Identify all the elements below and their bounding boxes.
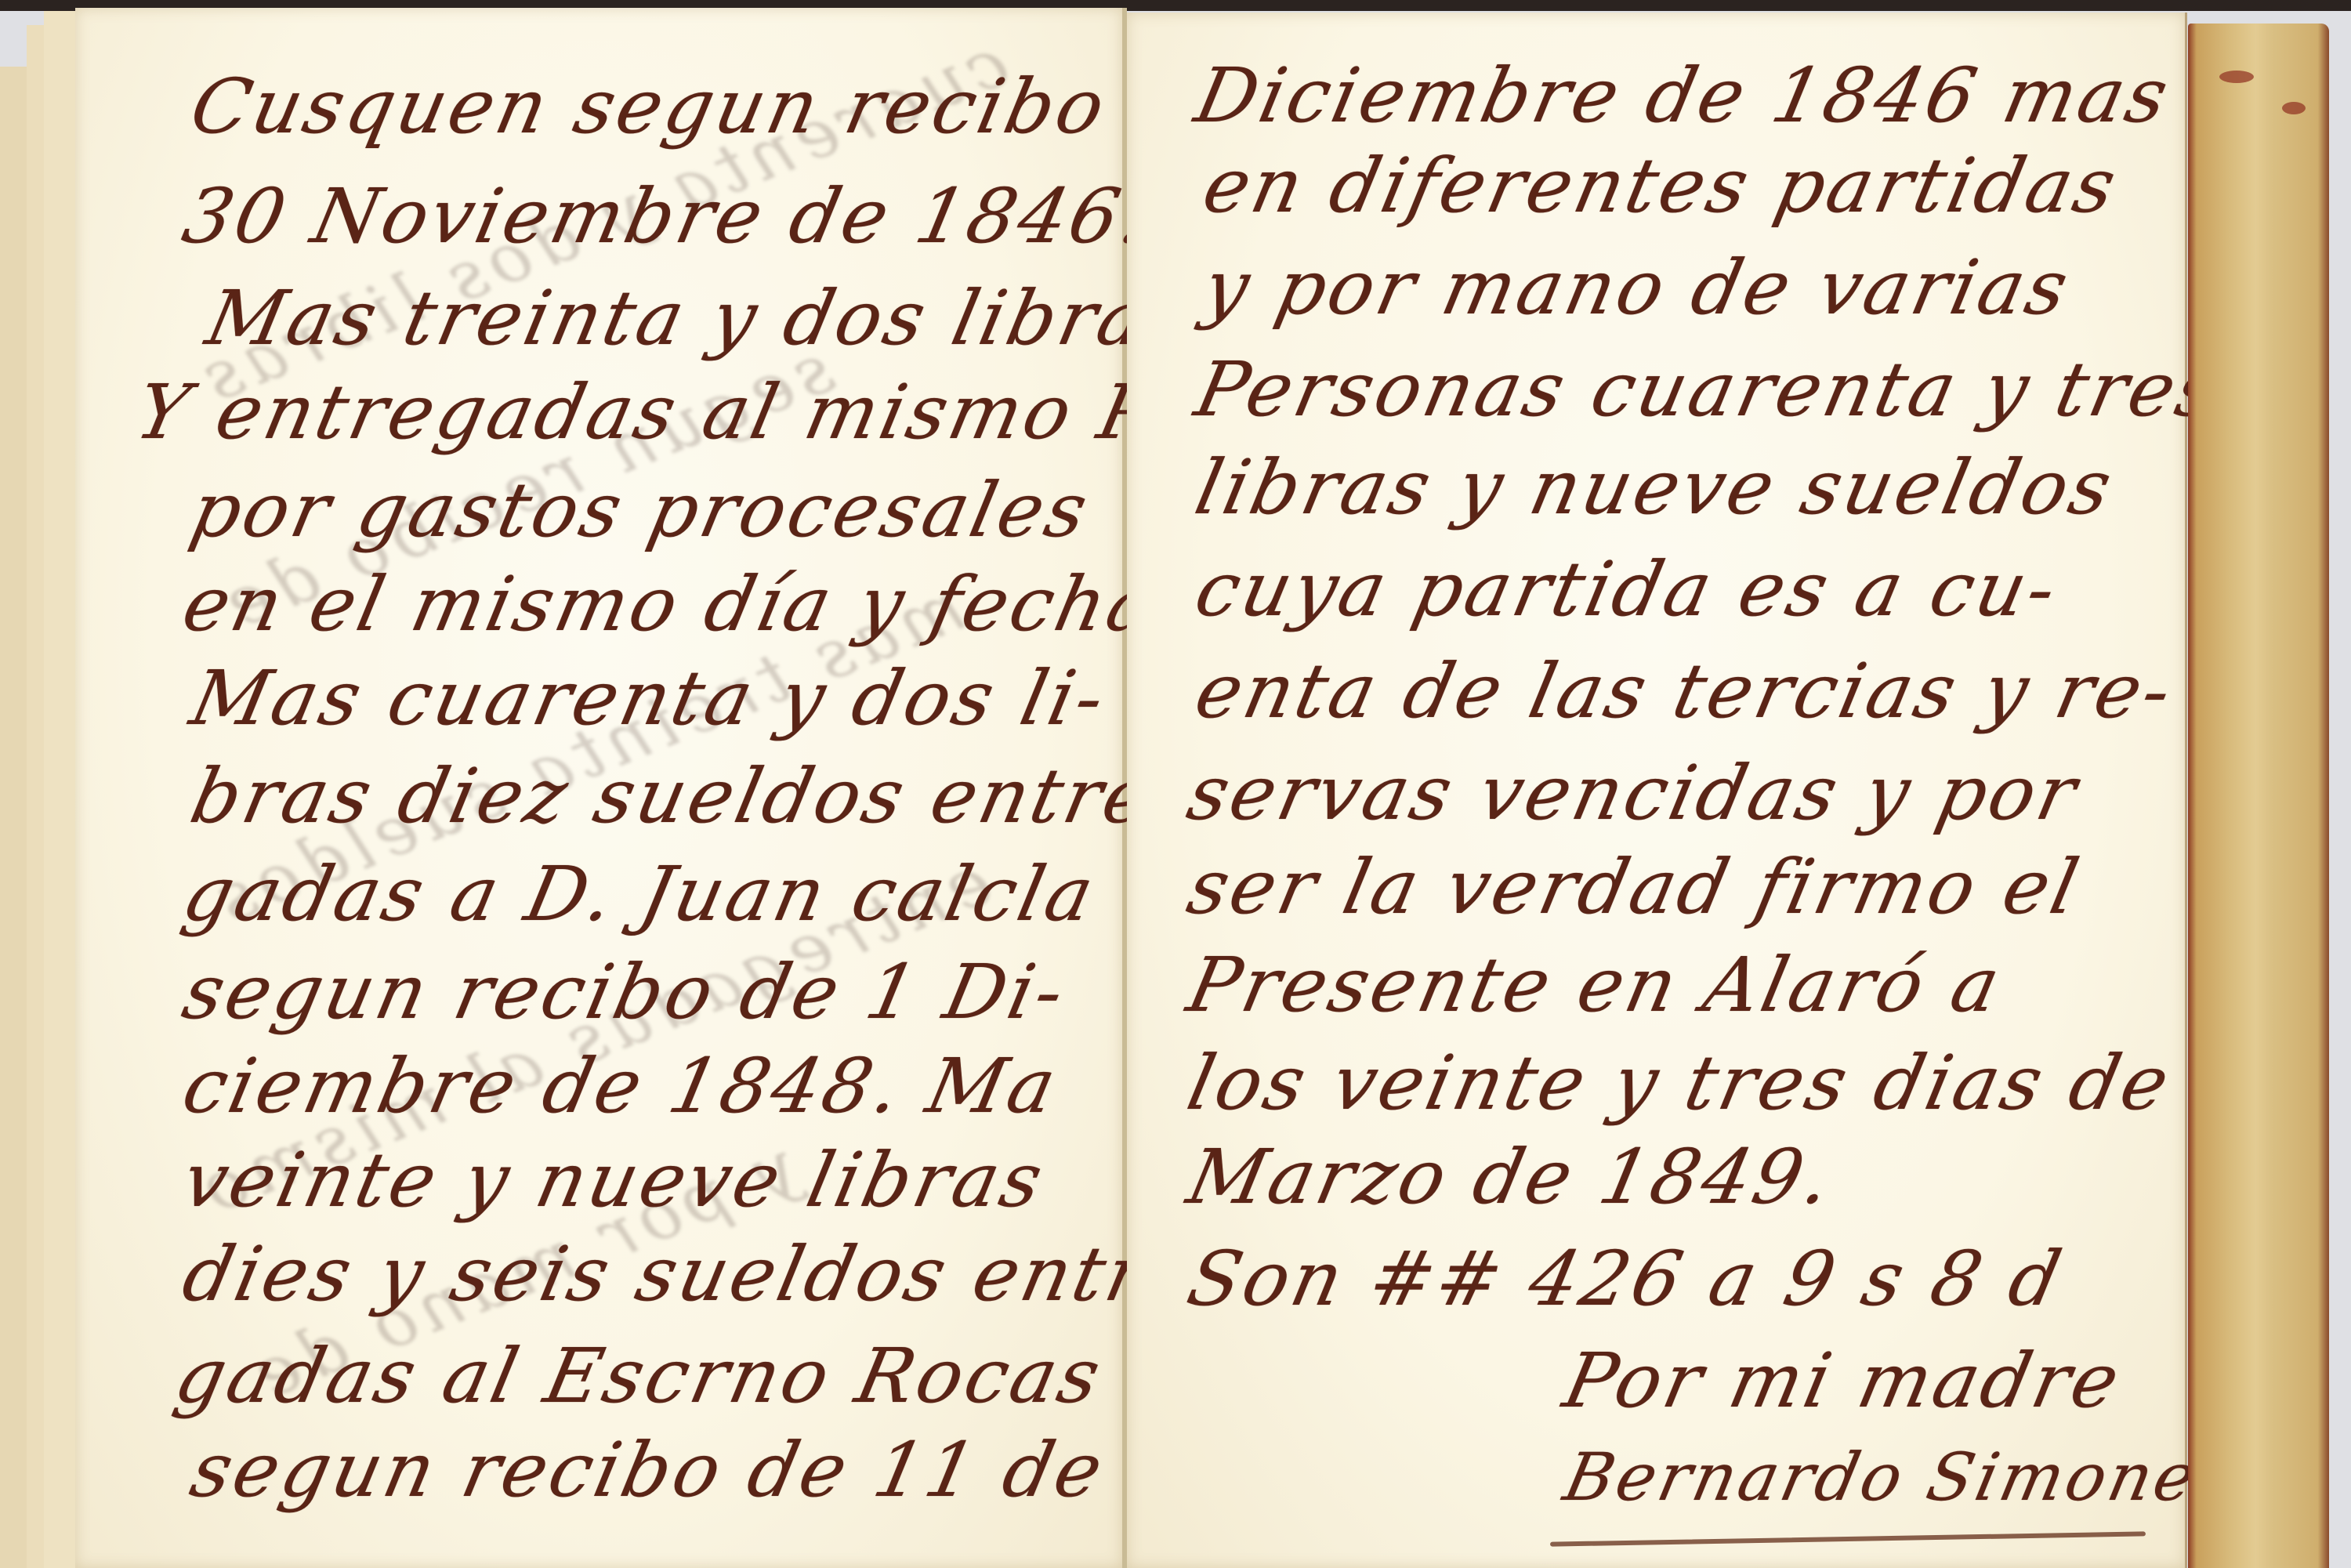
handwritten-line: Son ## 426 a 9 s 8 d [1180,1235,2071,1323]
handwritten-line: Y entregadas al mismo Por [129,368,1248,456]
handwritten-line: Mas cuarenta y dos li- [183,654,1114,742]
handwritten-line: por gastos procesales [183,466,1098,554]
handwritten-line: 30 Noviembre de 1846. [176,172,1157,260]
right-page: Diciembre de 1846 mas en diferentes part… [1127,13,2187,1568]
handwritten-line: segun recibo de 11 de [183,1426,1113,1514]
leather-binding [2188,24,2329,1568]
handwritten-line: y por mano de varias [1196,244,2078,331]
page-stack-edge [44,11,77,1568]
handwritten-line: en diferentes partidas [1196,142,2126,230]
left-page: cuarenta y dos libras segun recibo de ma… [75,8,1127,1568]
page-stack-edge [0,67,28,1568]
handwritten-line: los veinte y tres dias de [1180,1039,2179,1127]
handwritten-line: Mas treinta y dos libras [199,274,1197,362]
handwritten-line: dies y seis sueldos entre- [176,1230,1232,1318]
manuscript-scan: cuarenta y dos libras segun recibo de ma… [0,0,2351,1568]
handwritten-line: cuya partida es a cu- [1188,545,2067,633]
handwritten-line: servas vencidas y por [1180,749,2087,837]
binding-stain [2282,102,2306,114]
page-stack-edge [27,25,45,1568]
signature-name: Bernardo Simonet [1558,1439,2235,1515]
handwritten-line: gadas a D. Juan calcla [176,850,1104,938]
handwritten-line: enta de las tercias y re- [1188,647,2182,735]
handwritten-line: libras y nueve sueldos [1188,444,2121,531]
signature-flourish [1550,1531,2146,1546]
handwritten-line: Personas cuarenta y tres [1188,346,2229,433]
handwritten-line: ciembre de 1848. Ma [176,1042,1066,1130]
signature-line-1: Por mi madre [1556,1337,2129,1425]
handwritten-line: Diciembre de 1846 mas [1188,52,2179,139]
handwritten-line: veinte y nueve libras [176,1136,1052,1224]
handwritten-line: ser la verdad firmo el [1180,843,2088,931]
handwritten-line: Cusquen segun recibo de [183,63,1241,150]
handwritten-line: Marzo de 1849. [1180,1133,1842,1221]
handwritten-line: segun recibo de 1 Di- [176,948,1074,1036]
handwritten-line: gadas al Escrno Rocas [168,1332,1110,1420]
handwritten-line: en el mismo día y fecha [176,560,1165,648]
binding-stain [2219,71,2254,83]
handwritten-line: Presente en Alaró a [1180,941,2010,1029]
handwritten-line: bras diez sueldos entre- [183,752,1190,840]
